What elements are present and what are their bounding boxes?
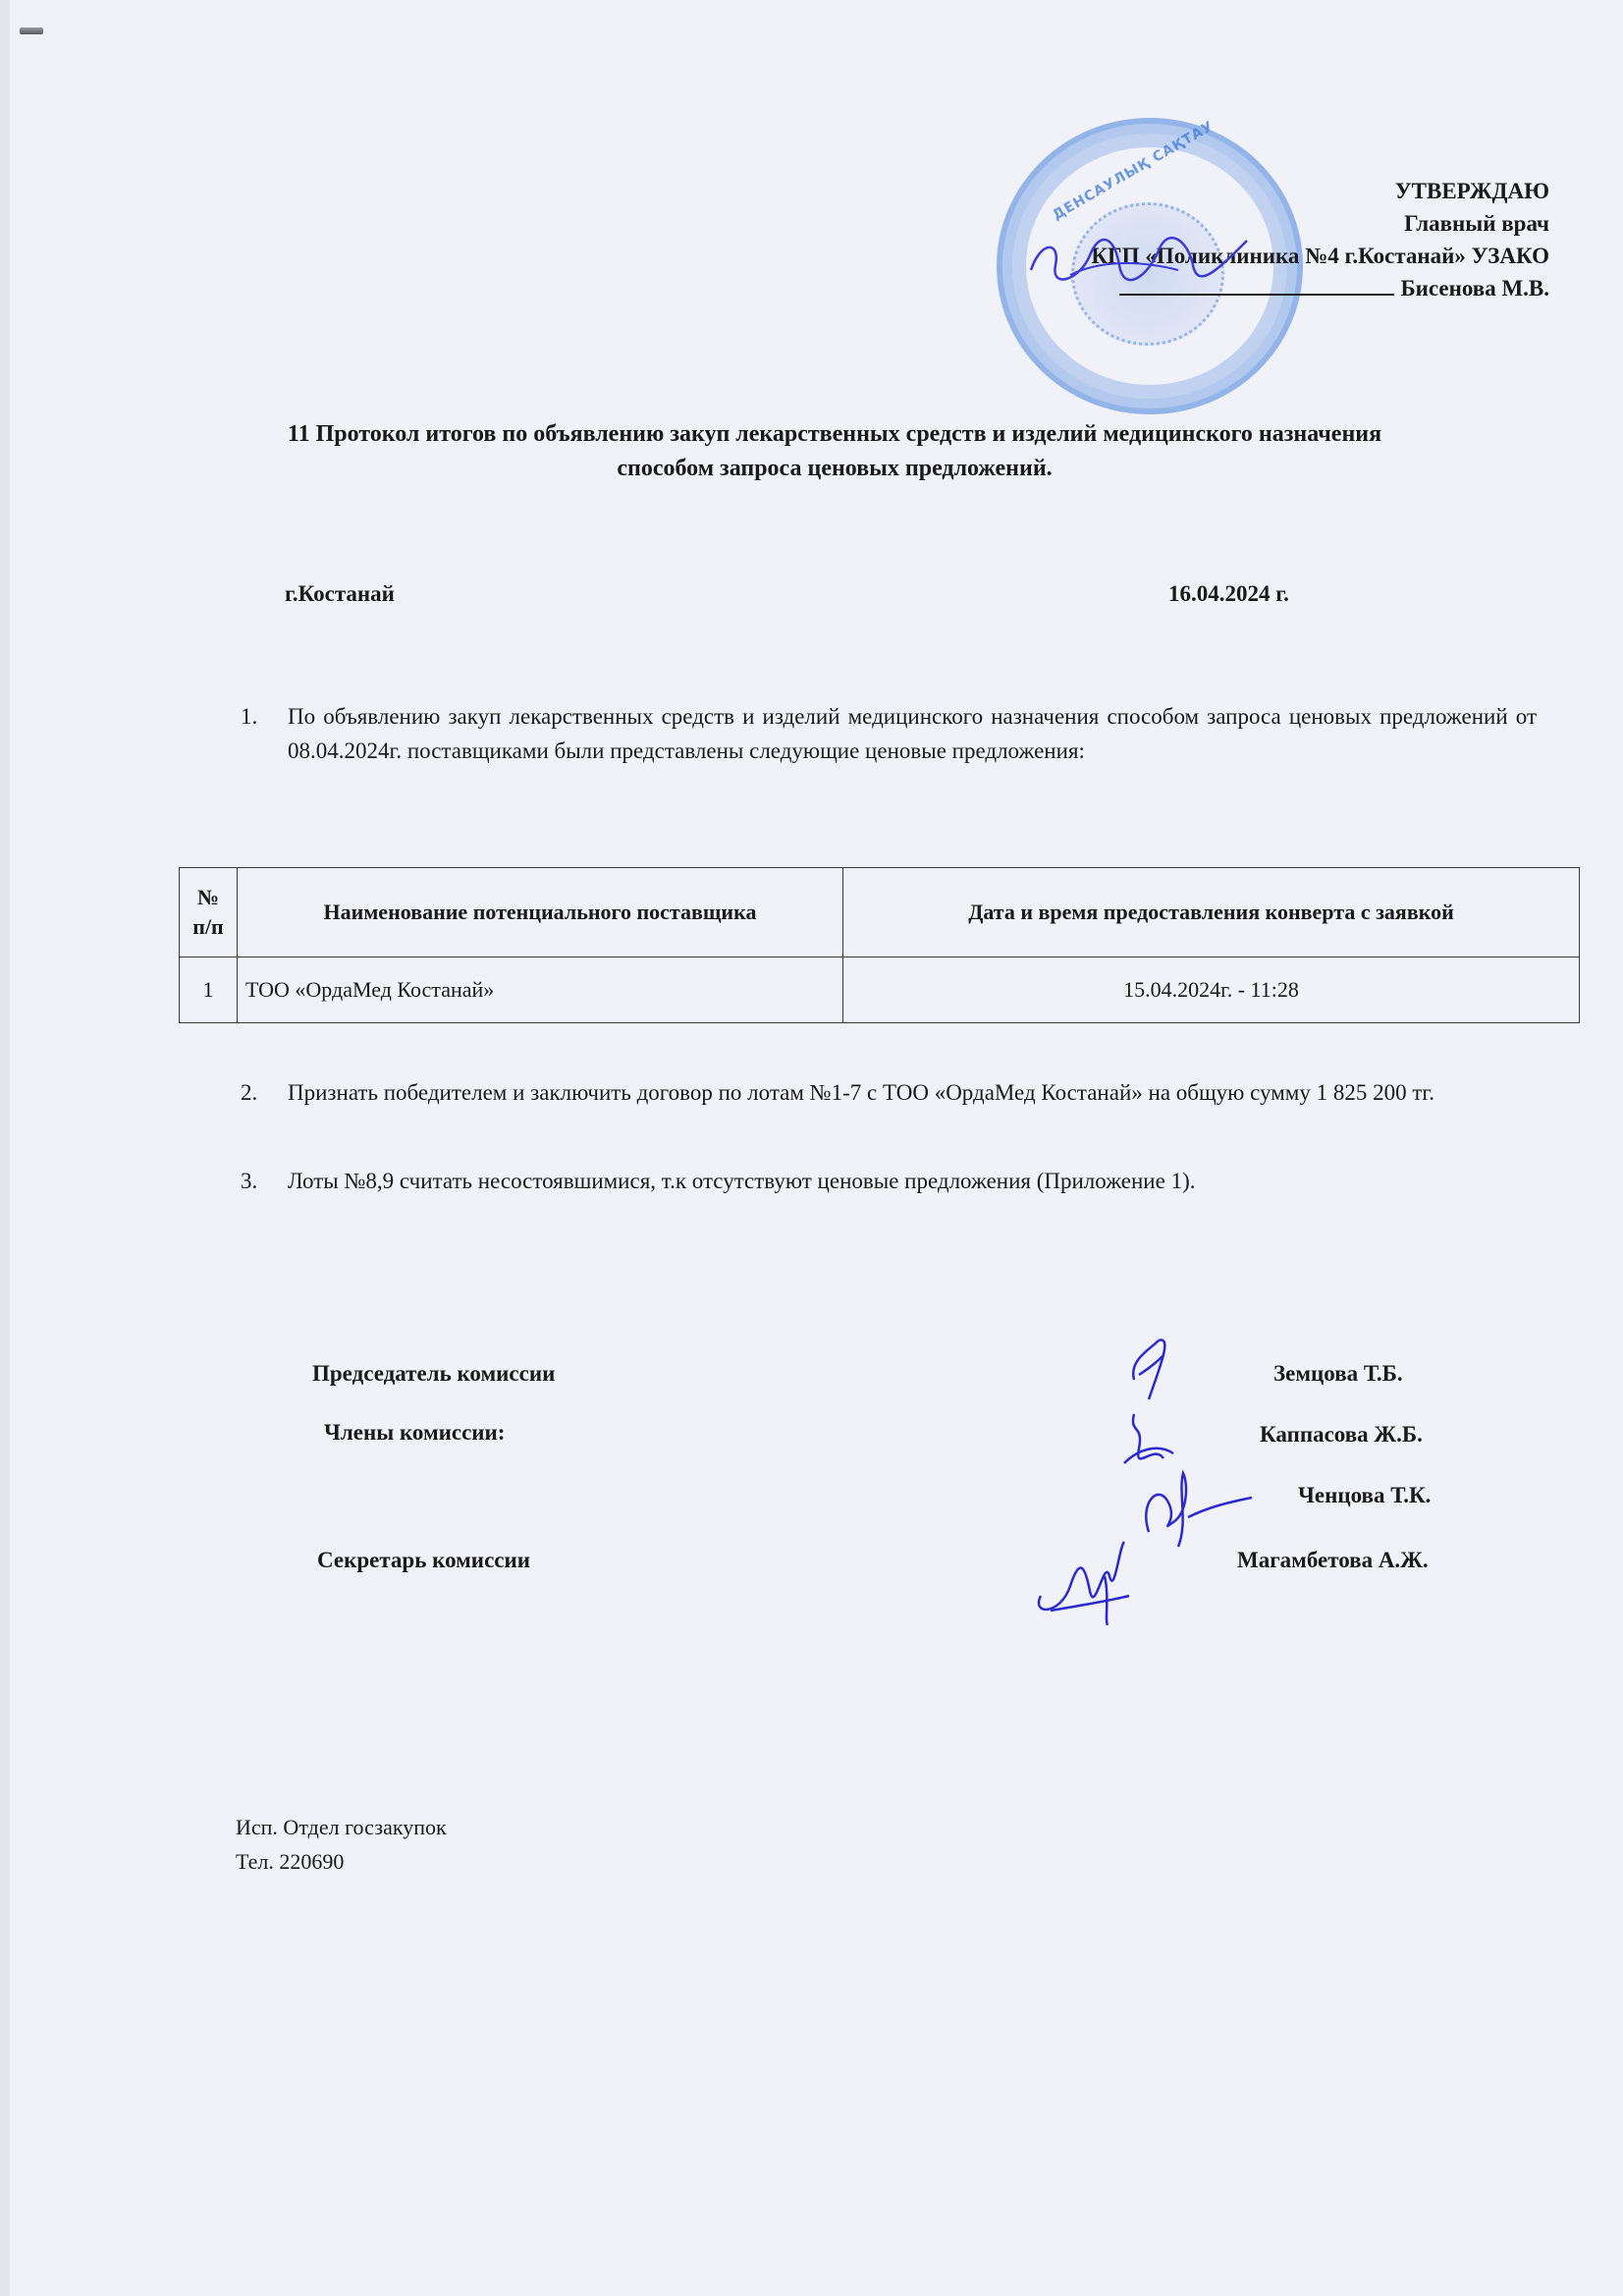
item-text: Признать победителем и заключить договор… [288, 1075, 1537, 1110]
protocol-item-2: 2. Признать победителем и заключить дого… [241, 1075, 1537, 1110]
secretary-label: Секретарь комиссии [317, 1548, 530, 1573]
document-date: 16.04.2024 г. [1168, 581, 1289, 607]
approver-name: Бисенова М.В. [1400, 276, 1549, 301]
executor-department: Исп. Отдел госзакупок [236, 1810, 447, 1844]
header-supplier: Наименование потенциального поставщика [238, 868, 843, 957]
item-text: Лоты №8,9 считать несостоявшимися, т.к о… [288, 1164, 1537, 1198]
members-label: Члены комиссии: [324, 1420, 505, 1446]
row-number: 1 [180, 957, 238, 1023]
head-signature [1021, 231, 1257, 290]
item-text: По объявлению закуп лекарственных средст… [288, 699, 1537, 768]
chairman-name: Земцова Т.Б. [1273, 1361, 1403, 1387]
item-number: 1. [241, 699, 257, 734]
header-number: № п/п [180, 868, 238, 957]
member-2-signature [1129, 1463, 1257, 1552]
footer: Исп. Отдел госзакупок Тел. 220690 [236, 1810, 447, 1879]
signature-underline [1119, 294, 1394, 296]
header-submission-time: Дата и время предоставления конверта с з… [843, 868, 1580, 957]
member-name-1: Каппасова Ж.Б. [1260, 1422, 1423, 1448]
protocol-item-1: 1. По объявлению закуп лекарственных сре… [241, 699, 1537, 768]
table-header-row: № п/п Наименование потенциального постав… [180, 868, 1580, 957]
document-title: 11 Протокол итогов по объявлению закуп л… [147, 417, 1522, 486]
title-line-1: 11 Протокол итогов по объявлению закуп л… [147, 417, 1522, 452]
secretary-signature [1031, 1537, 1139, 1625]
protocol-item-3: 3. Лоты №8,9 считать несостоявшимися, т.… [241, 1164, 1537, 1198]
chairman-label: Председатель комиссии [312, 1361, 555, 1387]
member-name-2: Ченцова Т.К. [1298, 1483, 1431, 1508]
approve-label: УТВЕРЖДАЮ [1091, 175, 1549, 207]
item-number: 3. [241, 1164, 257, 1198]
table-row: 1 ТОО «ОрдаМед Костанай» 15.04.2024г. - … [180, 957, 1580, 1023]
page-edge [0, 0, 10, 2296]
bids-table: № п/п Наименование потенциального постав… [179, 867, 1580, 1023]
executor-phone: Тел. 220690 [236, 1844, 447, 1879]
item-number: 2. [241, 1075, 257, 1110]
staple-mark [20, 27, 43, 34]
row-submission-time: 15.04.2024г. - 11:28 [843, 957, 1580, 1023]
document-place: г.Костанай [285, 581, 395, 607]
title-line-2: способом запроса ценовых предложений. [147, 452, 1522, 486]
secretary-name: Магамбетова А.Ж. [1237, 1548, 1429, 1573]
row-supplier: ТОО «ОрдаМед Костанай» [238, 957, 843, 1023]
